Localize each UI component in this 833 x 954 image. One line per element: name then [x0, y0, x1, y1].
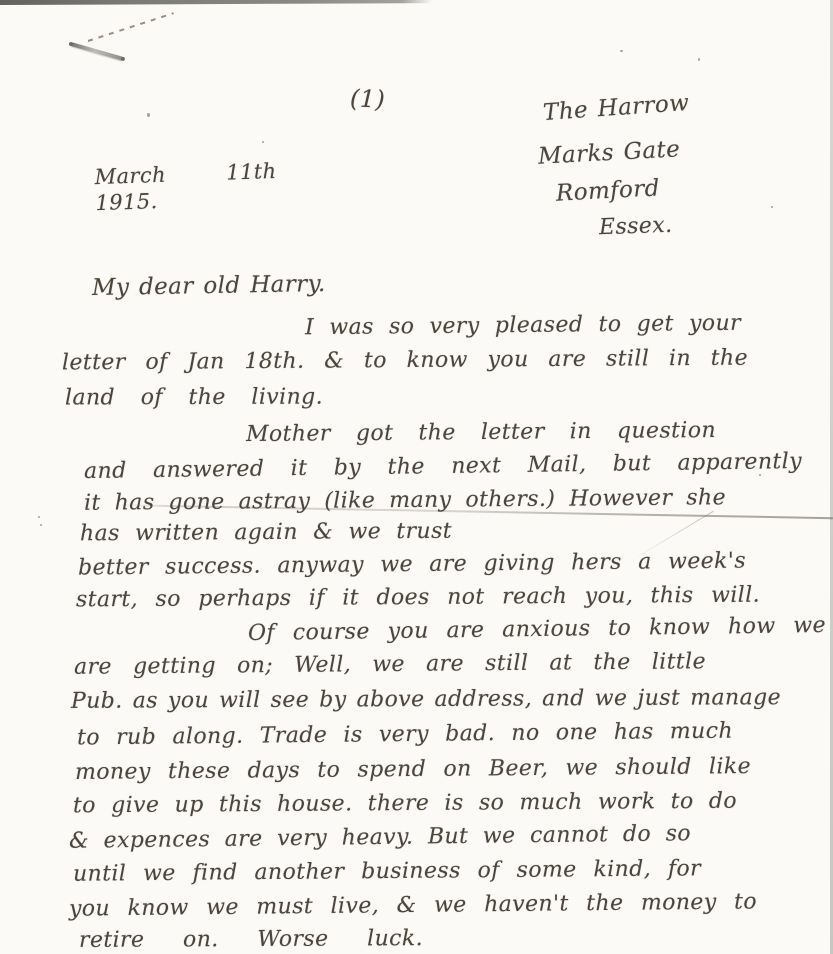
- body-line-2: letter of Jan 18th. & to know you are st…: [62, 345, 748, 377]
- body-line-5: and answered it by the next Mail, but ap…: [84, 448, 802, 486]
- body-line-19: retire on. Worse luck.: [79, 925, 423, 954]
- body-line-4: Mother got the letter in question: [246, 417, 716, 449]
- scanner-edge-shadow: [0, 0, 432, 5]
- body-line-13: to rub along. Trade is very bad. no one …: [77, 718, 733, 752]
- body-line-10: Of course you are anxious to know how we: [248, 612, 826, 648]
- staple-icon: [70, 42, 123, 61]
- body-line-14: money these days to spend on Beer, we sh…: [75, 753, 751, 786]
- scan-speck: [147, 113, 150, 117]
- scan-speck: [262, 141, 264, 143]
- body-line-7: has written again & we trust: [80, 518, 452, 548]
- body-line-8: better success. anyway we are giving her…: [78, 548, 746, 582]
- body-line-11: are getting on; Well, we are still at th…: [74, 648, 706, 681]
- address-line-2: Marks Gate: [537, 135, 681, 171]
- scan-speck: [698, 58, 700, 61]
- scan-speck: [771, 206, 773, 208]
- scan-speck: [38, 516, 40, 518]
- body-line-16: & expences are very heavy. But we cannot…: [69, 820, 691, 855]
- scan-speck: [40, 524, 42, 526]
- date-line: March 11th 1915.: [94, 158, 278, 217]
- page-number: (1): [349, 83, 385, 114]
- pen-scratch-mark: [88, 12, 174, 42]
- body-line-1: I was so very pleased to get your: [305, 310, 741, 342]
- scan-speck: [620, 50, 623, 52]
- scanned-letter-page: (1) The Harrow Marks Gate Romford Essex.…: [0, 0, 833, 954]
- salutation: My dear old Harry.: [92, 270, 326, 303]
- body-line-9: start, so perhaps if it does not reach y…: [76, 582, 760, 614]
- address-line-1: The Harrow: [542, 89, 690, 128]
- body-line-3: land of the living.: [65, 384, 323, 412]
- body-line-6: it has gone astray (like many others.) H…: [84, 484, 726, 517]
- body-line-15: to give up this house. there is so much …: [73, 788, 737, 820]
- body-line-17: until we find another business of some k…: [73, 855, 701, 888]
- address-line-4: Essex.: [599, 212, 673, 242]
- address-line-3: Romford: [555, 174, 660, 208]
- body-line-12: Pub. as you will see by above address, a…: [71, 684, 781, 715]
- body-line-18: you know we must live, & we haven't the …: [69, 888, 757, 923]
